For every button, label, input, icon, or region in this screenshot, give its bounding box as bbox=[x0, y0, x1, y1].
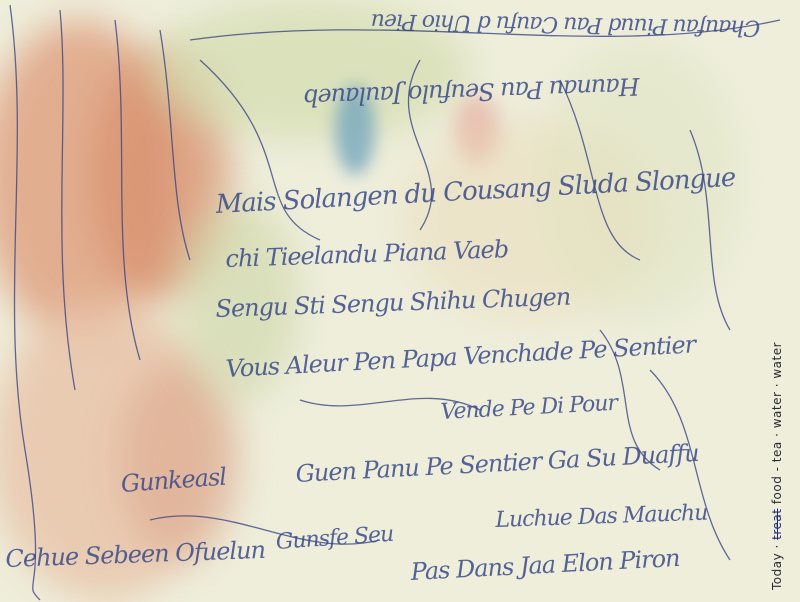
artwork-canvas: Mais Solangen du Cousang Sluda Slongue c… bbox=[0, 0, 800, 602]
margin-note: Today · treat food - tea · water · water bbox=[770, 342, 784, 590]
ink-flourishes bbox=[0, 0, 800, 602]
margin-note-rest: food - tea · water · water bbox=[770, 342, 784, 504]
margin-note-struck-word: treat bbox=[770, 509, 784, 540]
margin-note-prefix: Today · bbox=[770, 544, 784, 590]
